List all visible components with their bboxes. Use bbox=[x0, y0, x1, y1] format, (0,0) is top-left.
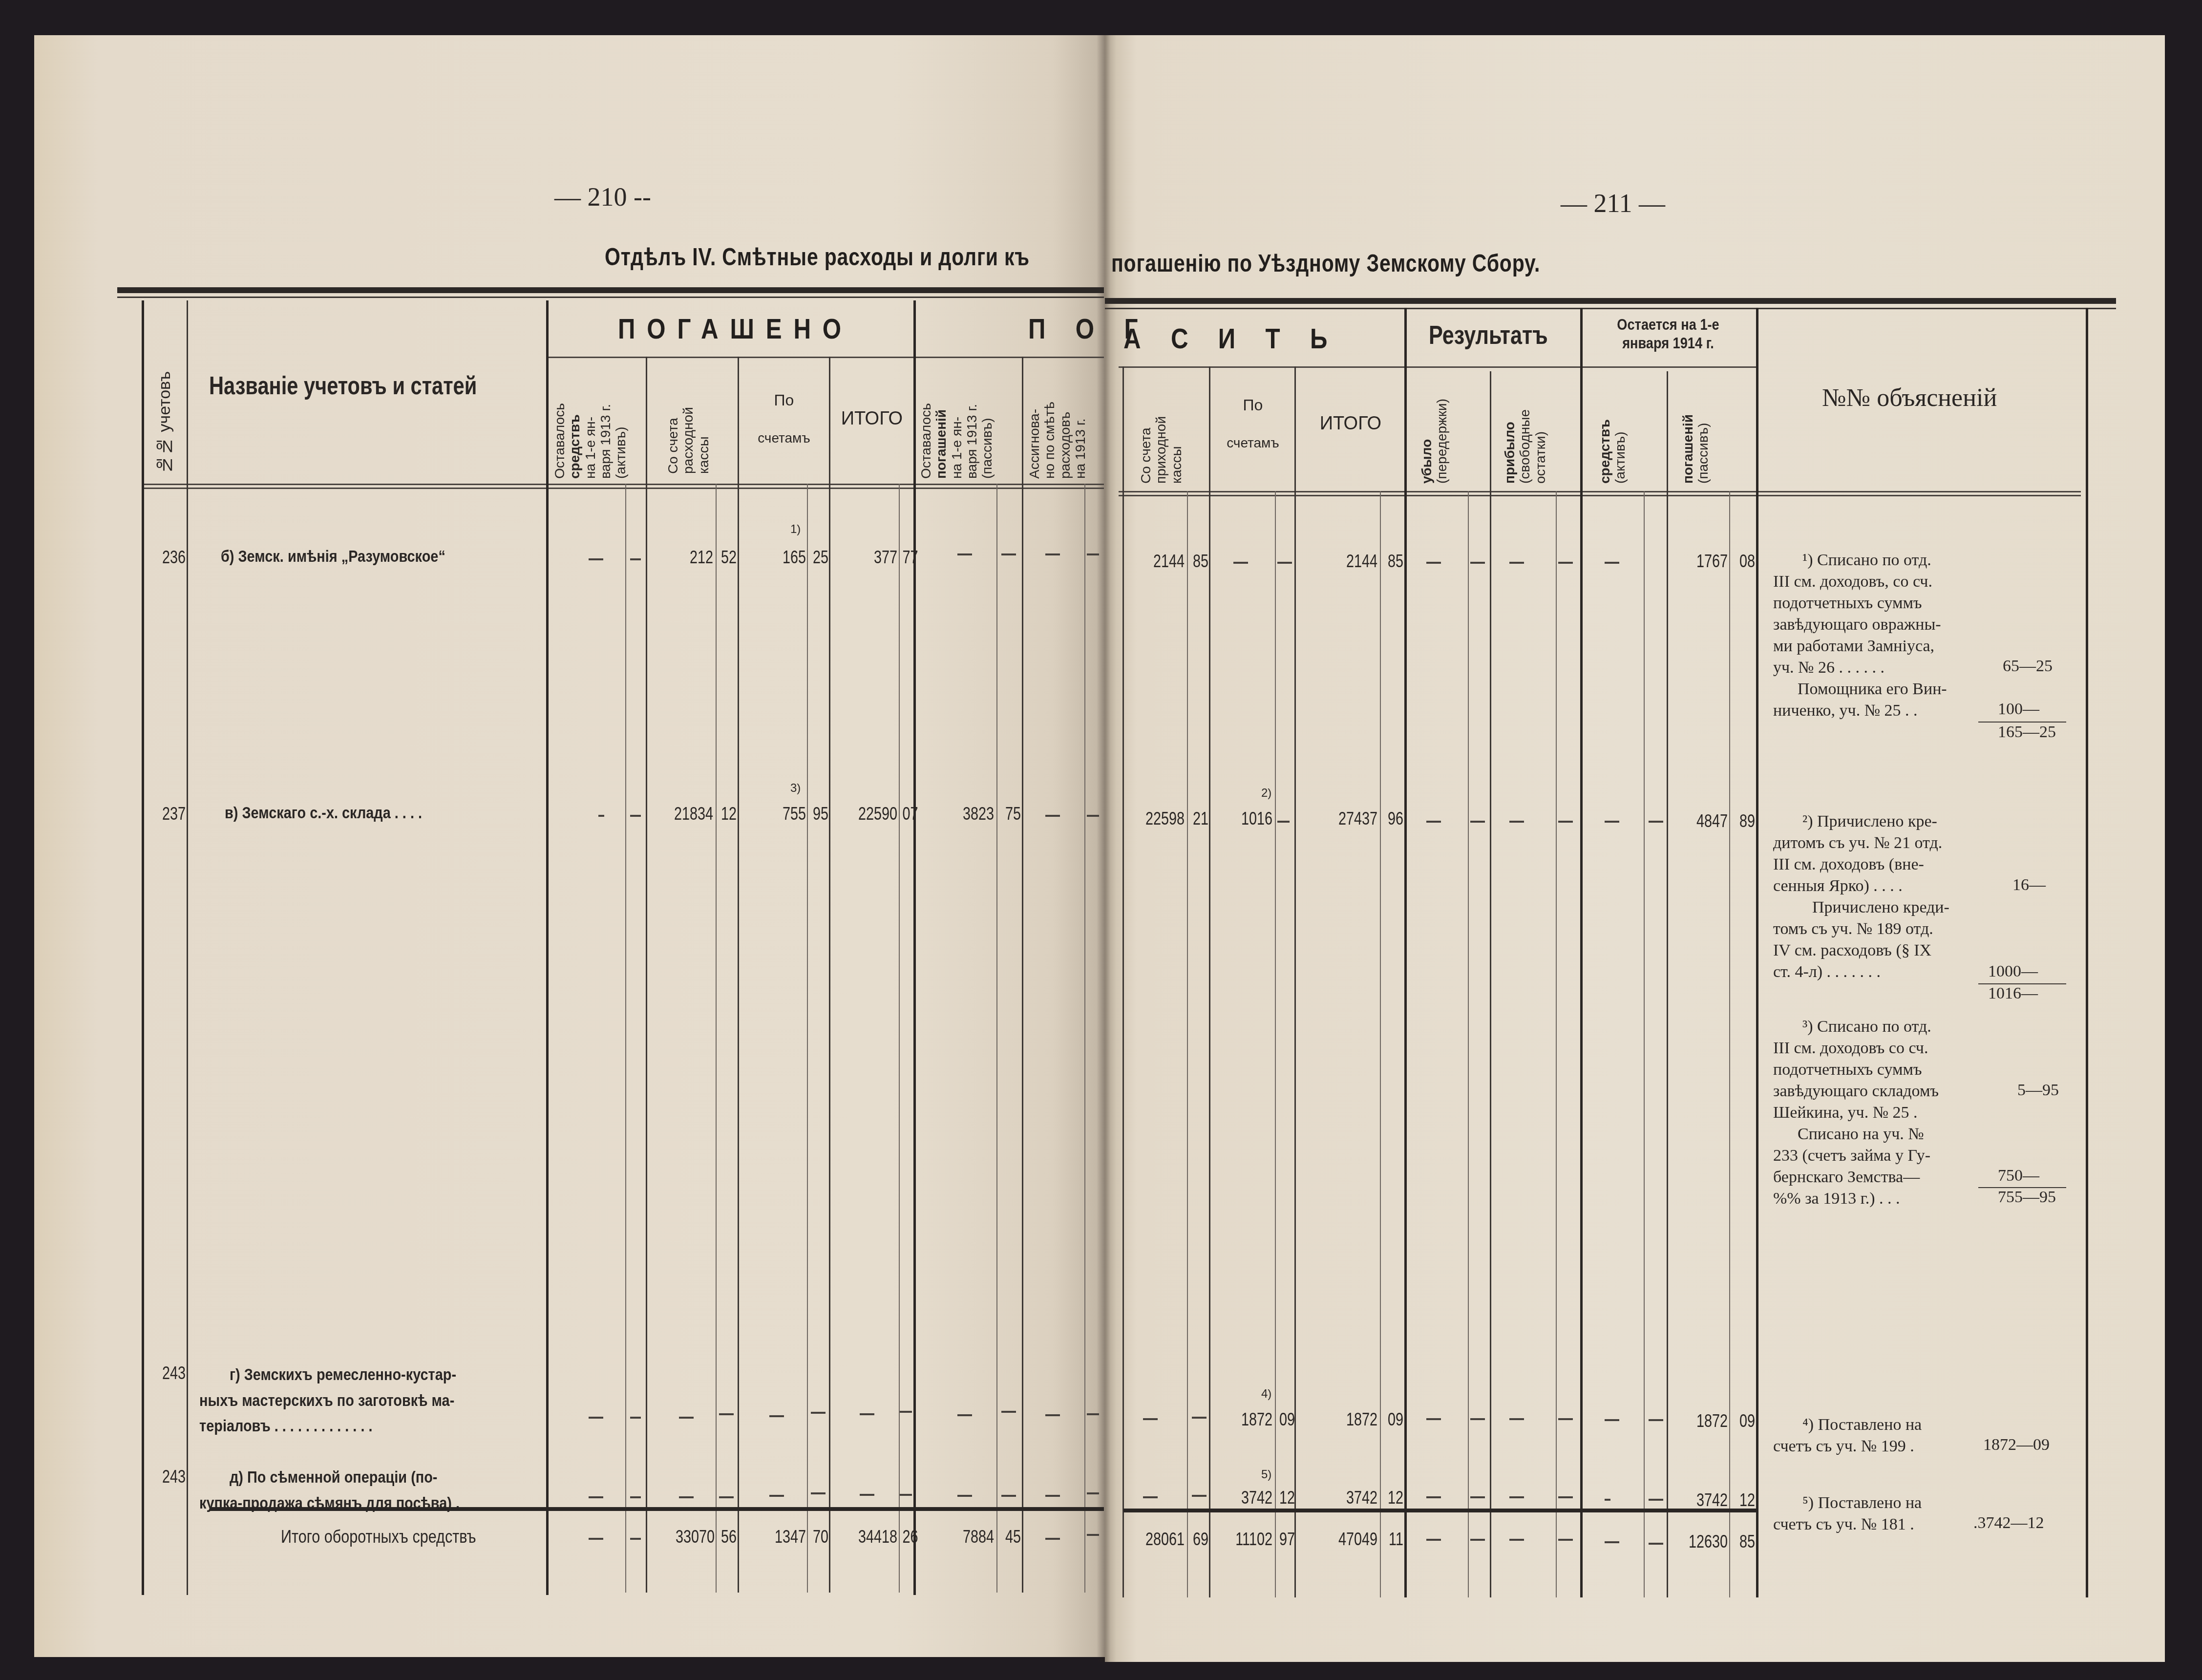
value: 1872 bbox=[1224, 1409, 1272, 1430]
value: 75 bbox=[1003, 804, 1021, 824]
col-border bbox=[1380, 491, 1381, 1597]
total-rule-right bbox=[1123, 1509, 1758, 1512]
dash bbox=[719, 1413, 734, 1415]
dash bbox=[1605, 821, 1619, 823]
total-rule-left bbox=[210, 1507, 1104, 1511]
value: 1872 bbox=[1680, 1411, 1728, 1431]
col-border bbox=[1122, 366, 1124, 1597]
dash bbox=[1426, 1539, 1441, 1541]
header-result-group: Результатъ bbox=[1429, 320, 1548, 350]
value: 69 bbox=[1192, 1529, 1208, 1550]
value: 22598 bbox=[1136, 808, 1185, 829]
note-4: ⁴) Поставлено на счетъ съ уч. № 199 . bbox=[1773, 1414, 1988, 1457]
note-2-amount-2: 1000— bbox=[1988, 962, 2038, 981]
footnote-marker: 1) bbox=[790, 523, 801, 536]
value: 56 bbox=[720, 1527, 737, 1547]
col-border bbox=[1756, 308, 1758, 1597]
dash bbox=[860, 1413, 874, 1415]
value: 28061 bbox=[1136, 1529, 1185, 1550]
dash bbox=[1426, 562, 1441, 564]
dash bbox=[769, 1415, 784, 1417]
total-label: Итого оборотныхъ средствъ bbox=[281, 1527, 476, 1547]
col-border bbox=[807, 484, 808, 1593]
top-rule-left bbox=[117, 287, 1104, 293]
col-border bbox=[1667, 371, 1668, 1597]
dash bbox=[1649, 1419, 1663, 1421]
dash bbox=[1558, 821, 1573, 823]
col-border bbox=[1644, 491, 1645, 1597]
value: 52 bbox=[720, 547, 737, 568]
value: 3742 bbox=[1224, 1488, 1272, 1508]
header-repaid-remaining: Оставалось средствъ на 1-е ян- варя 1913… bbox=[552, 364, 629, 479]
dash bbox=[1470, 1539, 1485, 1541]
value: 1347 bbox=[755, 1527, 806, 1547]
value: 11102 bbox=[1224, 1529, 1272, 1550]
row-236-account-no: 236 bbox=[154, 547, 186, 568]
col-border bbox=[996, 484, 997, 1593]
value: 89 bbox=[1736, 811, 1755, 831]
left-page bbox=[34, 35, 1106, 1657]
row-243g-account-no: 243 bbox=[154, 1363, 186, 1383]
dash bbox=[1045, 1414, 1060, 1416]
dash bbox=[679, 1496, 694, 1498]
dash bbox=[1087, 1492, 1099, 1494]
section-title-left: Отдѣлъ IV. Смѣтные расходы и долги къ bbox=[605, 243, 1030, 271]
value: 12 bbox=[1386, 1488, 1403, 1508]
dash bbox=[1470, 821, 1485, 823]
value: 7884 bbox=[939, 1527, 994, 1547]
value: 85 bbox=[1736, 1531, 1755, 1552]
dash bbox=[957, 1495, 972, 1497]
col-border bbox=[1556, 491, 1557, 1597]
header-to-repay-remaining: Оставалось погашеній на 1-е ян- варя 191… bbox=[918, 364, 995, 479]
header-remains-group: Остается на 1-е января 1914 г. bbox=[1598, 315, 1739, 353]
value: 27437 bbox=[1315, 808, 1377, 829]
dash bbox=[630, 558, 641, 560]
dash bbox=[1143, 1418, 1158, 1420]
dash bbox=[1649, 1543, 1663, 1545]
row-243g-name-line3: теріаловъ . . . . . . . . . . . . . bbox=[199, 1417, 373, 1436]
value: 12 bbox=[1736, 1490, 1755, 1510]
value: 85 bbox=[1386, 551, 1403, 572]
dash bbox=[1509, 1539, 1524, 1541]
dash bbox=[630, 815, 641, 817]
col-border bbox=[1580, 308, 1583, 1597]
value: 33070 bbox=[661, 1527, 715, 1547]
value: 755 bbox=[755, 804, 806, 824]
note-2-amount-1: 16— bbox=[2012, 876, 2046, 894]
col-border bbox=[1187, 491, 1188, 1597]
col-border bbox=[187, 300, 188, 1595]
book-gutter bbox=[1097, 35, 1116, 1662]
footnote-marker: 3) bbox=[790, 782, 801, 795]
value: 12 bbox=[1279, 1488, 1293, 1508]
row-236-name: б) Земск. имѣнія „Разумовское“ bbox=[221, 547, 445, 566]
value: 12630 bbox=[1680, 1531, 1728, 1552]
page-number-left: — 210 -- bbox=[554, 182, 651, 212]
dash bbox=[1277, 562, 1292, 564]
dash bbox=[1277, 821, 1290, 823]
header-repaid-by-accounts-top: По bbox=[740, 391, 828, 409]
note-3-total: 755—95 bbox=[1998, 1188, 2056, 1207]
dash bbox=[1426, 1418, 1441, 1420]
dash bbox=[860, 1494, 874, 1496]
header-to-repay-right: А С И Т Ь bbox=[1123, 322, 1339, 355]
dash bbox=[630, 1417, 641, 1419]
header-gain: прибыло (свободные остатки) bbox=[1502, 376, 1548, 484]
row-243g-name-line2: ныхъ мастерскихъ по заготовкѣ ма- bbox=[199, 1391, 454, 1410]
note-3-amount-2: 750— bbox=[1998, 1167, 2039, 1185]
col-border bbox=[1490, 371, 1491, 1597]
dash bbox=[1605, 1419, 1619, 1421]
col-border bbox=[1468, 491, 1469, 1597]
col-border bbox=[1404, 308, 1407, 1597]
header-sep-right bbox=[1119, 366, 1758, 368]
col-border bbox=[1729, 491, 1730, 1597]
value: 09 bbox=[1386, 1409, 1403, 1430]
row-243d-name-line1: д) По сѣменной операціи (по- bbox=[230, 1468, 438, 1487]
value: 1767 bbox=[1680, 551, 1728, 572]
value: 12 bbox=[720, 804, 737, 824]
dash bbox=[719, 1496, 734, 1498]
dash bbox=[1649, 821, 1663, 823]
col-border bbox=[738, 357, 739, 1593]
dash bbox=[1087, 1534, 1099, 1536]
dash bbox=[1470, 1496, 1485, 1498]
dash bbox=[679, 1417, 694, 1419]
note-4-amount: 1872—09 bbox=[1983, 1436, 2050, 1454]
value: 97 bbox=[1279, 1529, 1293, 1550]
header-repaid-group: ПОГАШЕНО bbox=[618, 313, 853, 345]
col-border bbox=[1275, 491, 1276, 1597]
value: 21 bbox=[1192, 808, 1208, 829]
col-border bbox=[1209, 366, 1210, 1597]
header-loss: убыло (передержки) bbox=[1419, 376, 1450, 484]
row-243d-account-no: 243 bbox=[154, 1467, 186, 1487]
value: 77 bbox=[903, 547, 913, 568]
note-3-amount-1: 5—95 bbox=[2017, 1081, 2059, 1100]
dash bbox=[1045, 1538, 1060, 1540]
col-border bbox=[546, 300, 549, 1595]
header-repaid-from-cash: Со счета расходной кассы bbox=[665, 386, 711, 474]
dash bbox=[1558, 562, 1573, 564]
row-237-account-no: 237 bbox=[154, 804, 186, 824]
dash bbox=[900, 1411, 912, 1413]
col-border bbox=[142, 300, 144, 1595]
dash bbox=[1426, 1496, 1441, 1498]
note-3: ³) Списано по отд. III см. доходовъ со с… bbox=[1773, 1016, 1988, 1210]
dash bbox=[1470, 1418, 1485, 1420]
note-1: ¹) Списано по отд. III см. доходовъ, со … bbox=[1773, 550, 1988, 722]
note-2: ²) Причислено кре- дитомъ съ уч. № 21 от… bbox=[1773, 811, 1988, 983]
header-remains-assets: средствъ (активъ) bbox=[1597, 381, 1628, 484]
dash bbox=[589, 558, 603, 560]
header-notes: №№ объясненій bbox=[1822, 383, 1997, 412]
header-bottom-left bbox=[142, 484, 1104, 485]
dash bbox=[589, 1538, 603, 1540]
header-remains-repayments: погашеній (пассивъ) bbox=[1680, 376, 1711, 484]
dash bbox=[957, 553, 972, 555]
footnote-marker: 4) bbox=[1261, 1387, 1271, 1401]
value: 25 bbox=[812, 547, 828, 568]
dash bbox=[1045, 1495, 1060, 1497]
dash bbox=[1509, 1418, 1524, 1420]
note-5: ⁵) Поставлено на счетъ съ уч. № 181 . bbox=[1773, 1492, 1988, 1535]
value: 2144 bbox=[1136, 551, 1185, 572]
value: 85 bbox=[1192, 551, 1208, 572]
col-border bbox=[913, 300, 916, 1595]
col-border bbox=[625, 484, 626, 1593]
dash bbox=[1192, 1495, 1207, 1497]
value: 1016 bbox=[1224, 808, 1272, 829]
dash bbox=[1001, 553, 1016, 555]
col-border bbox=[1084, 484, 1085, 1593]
value: 26 bbox=[903, 1527, 913, 1547]
dash bbox=[957, 1414, 972, 1416]
value: 34418 bbox=[846, 1527, 897, 1547]
value: 09 bbox=[1736, 1411, 1755, 1431]
footnote-marker: 2) bbox=[1261, 787, 1271, 800]
col-border bbox=[829, 357, 830, 1593]
note-1-amount-1: 65—25 bbox=[2003, 657, 2053, 676]
note-2-total: 1016— bbox=[1988, 984, 2038, 1003]
col-border bbox=[899, 484, 900, 1593]
dash bbox=[630, 1496, 641, 1498]
header-to-repay-from-cash: Со счета приходной кассы bbox=[1138, 391, 1184, 484]
col-border bbox=[716, 484, 717, 1593]
header-to-repay-total: ИТОГО bbox=[1297, 413, 1404, 435]
value: 3742 bbox=[1315, 1488, 1377, 1508]
dash bbox=[900, 1494, 912, 1496]
value: 70 bbox=[812, 1527, 828, 1547]
header-bottom-left-2 bbox=[142, 488, 1104, 489]
col-border bbox=[1022, 357, 1023, 1593]
value: 47049 bbox=[1315, 1529, 1377, 1550]
note-1-sum-rule bbox=[1978, 722, 2066, 723]
header-sep-left bbox=[547, 357, 1104, 358]
dash bbox=[811, 1412, 826, 1414]
value: 165 bbox=[755, 547, 806, 568]
header-to-repay-by-accounts-bottom: счетамъ bbox=[1211, 435, 1294, 451]
dash bbox=[1233, 562, 1248, 564]
dash bbox=[1087, 1413, 1099, 1415]
dash bbox=[1605, 1499, 1610, 1501]
dash bbox=[1426, 821, 1441, 823]
col-border bbox=[2086, 308, 2088, 1597]
row-243g-name-line1: г) Земскихъ ремесленно-кустар- bbox=[230, 1365, 456, 1384]
dash bbox=[1045, 815, 1060, 817]
note-5-amount: .3742—12 bbox=[1973, 1514, 2044, 1532]
dash bbox=[1001, 1495, 1016, 1497]
value: 1872 bbox=[1315, 1409, 1377, 1430]
value: 09 bbox=[1279, 1409, 1293, 1430]
col-border bbox=[646, 357, 647, 1593]
dash bbox=[1087, 815, 1099, 817]
top-rule-right bbox=[1105, 298, 2116, 304]
top-rule-left-thin bbox=[117, 297, 1104, 298]
header-repaid-total: ИТОГО bbox=[830, 408, 913, 430]
value: 96 bbox=[1386, 808, 1403, 829]
header-bottom-right-2 bbox=[1119, 495, 2081, 496]
dash bbox=[1558, 1496, 1573, 1498]
dash bbox=[1558, 1418, 1573, 1420]
note-1-total: 165—25 bbox=[1998, 723, 2056, 742]
value: 4847 bbox=[1680, 811, 1728, 831]
dash bbox=[1605, 1541, 1619, 1543]
dash bbox=[1045, 553, 1060, 555]
dash bbox=[589, 1496, 603, 1498]
value: 11 bbox=[1386, 1529, 1403, 1550]
value: 95 bbox=[812, 804, 828, 824]
header-to-repay-by-accounts-top: По bbox=[1211, 396, 1294, 414]
value: 2144 bbox=[1315, 551, 1377, 572]
value: 22590 bbox=[846, 804, 897, 824]
header-bottom-right bbox=[1119, 491, 2081, 492]
dash bbox=[589, 1417, 603, 1419]
dash bbox=[1143, 1496, 1158, 1498]
value: 3823 bbox=[939, 804, 994, 824]
value: 08 bbox=[1736, 551, 1755, 572]
section-title-right: погашенію по Уѣздному Земскому Сбору. bbox=[1111, 249, 1540, 277]
dash bbox=[1509, 562, 1524, 564]
dash bbox=[1087, 553, 1099, 555]
top-rule-right-thin bbox=[1105, 308, 2116, 309]
dash bbox=[1470, 562, 1485, 564]
header-name: Названіе учетовъ и статей bbox=[209, 371, 477, 401]
dash bbox=[1558, 1539, 1573, 1541]
dash bbox=[1649, 1499, 1663, 1501]
value: 21834 bbox=[662, 804, 713, 824]
page-number-right: — 211 — bbox=[1561, 188, 1665, 218]
note-1-amount-2: 100— bbox=[1998, 700, 2039, 719]
value: 45 bbox=[1003, 1527, 1021, 1547]
dash bbox=[769, 1495, 784, 1497]
value: 07 bbox=[903, 804, 913, 824]
dash bbox=[811, 1492, 826, 1494]
dash bbox=[1605, 562, 1619, 564]
header-repaid-by-accounts-bottom: счетамъ bbox=[740, 430, 828, 447]
header-account-no: №№ учетовъ bbox=[155, 352, 174, 474]
row-237-name: в) Земскаго с.-х. склада . . . . bbox=[225, 804, 422, 823]
dash bbox=[1001, 1411, 1016, 1413]
value: 212 bbox=[662, 547, 713, 568]
dash bbox=[1192, 1417, 1207, 1419]
dash bbox=[598, 815, 604, 817]
footnote-marker: 5) bbox=[1261, 1468, 1271, 1482]
dash bbox=[630, 1538, 641, 1540]
value: 3742 bbox=[1680, 1490, 1728, 1510]
header-to-repay-assigned: Ассигнова- но по смѣтѣ расходовъ на 1913… bbox=[1027, 364, 1088, 479]
value: 377 bbox=[846, 547, 897, 568]
dash bbox=[1509, 821, 1524, 823]
dash bbox=[1509, 1496, 1524, 1498]
